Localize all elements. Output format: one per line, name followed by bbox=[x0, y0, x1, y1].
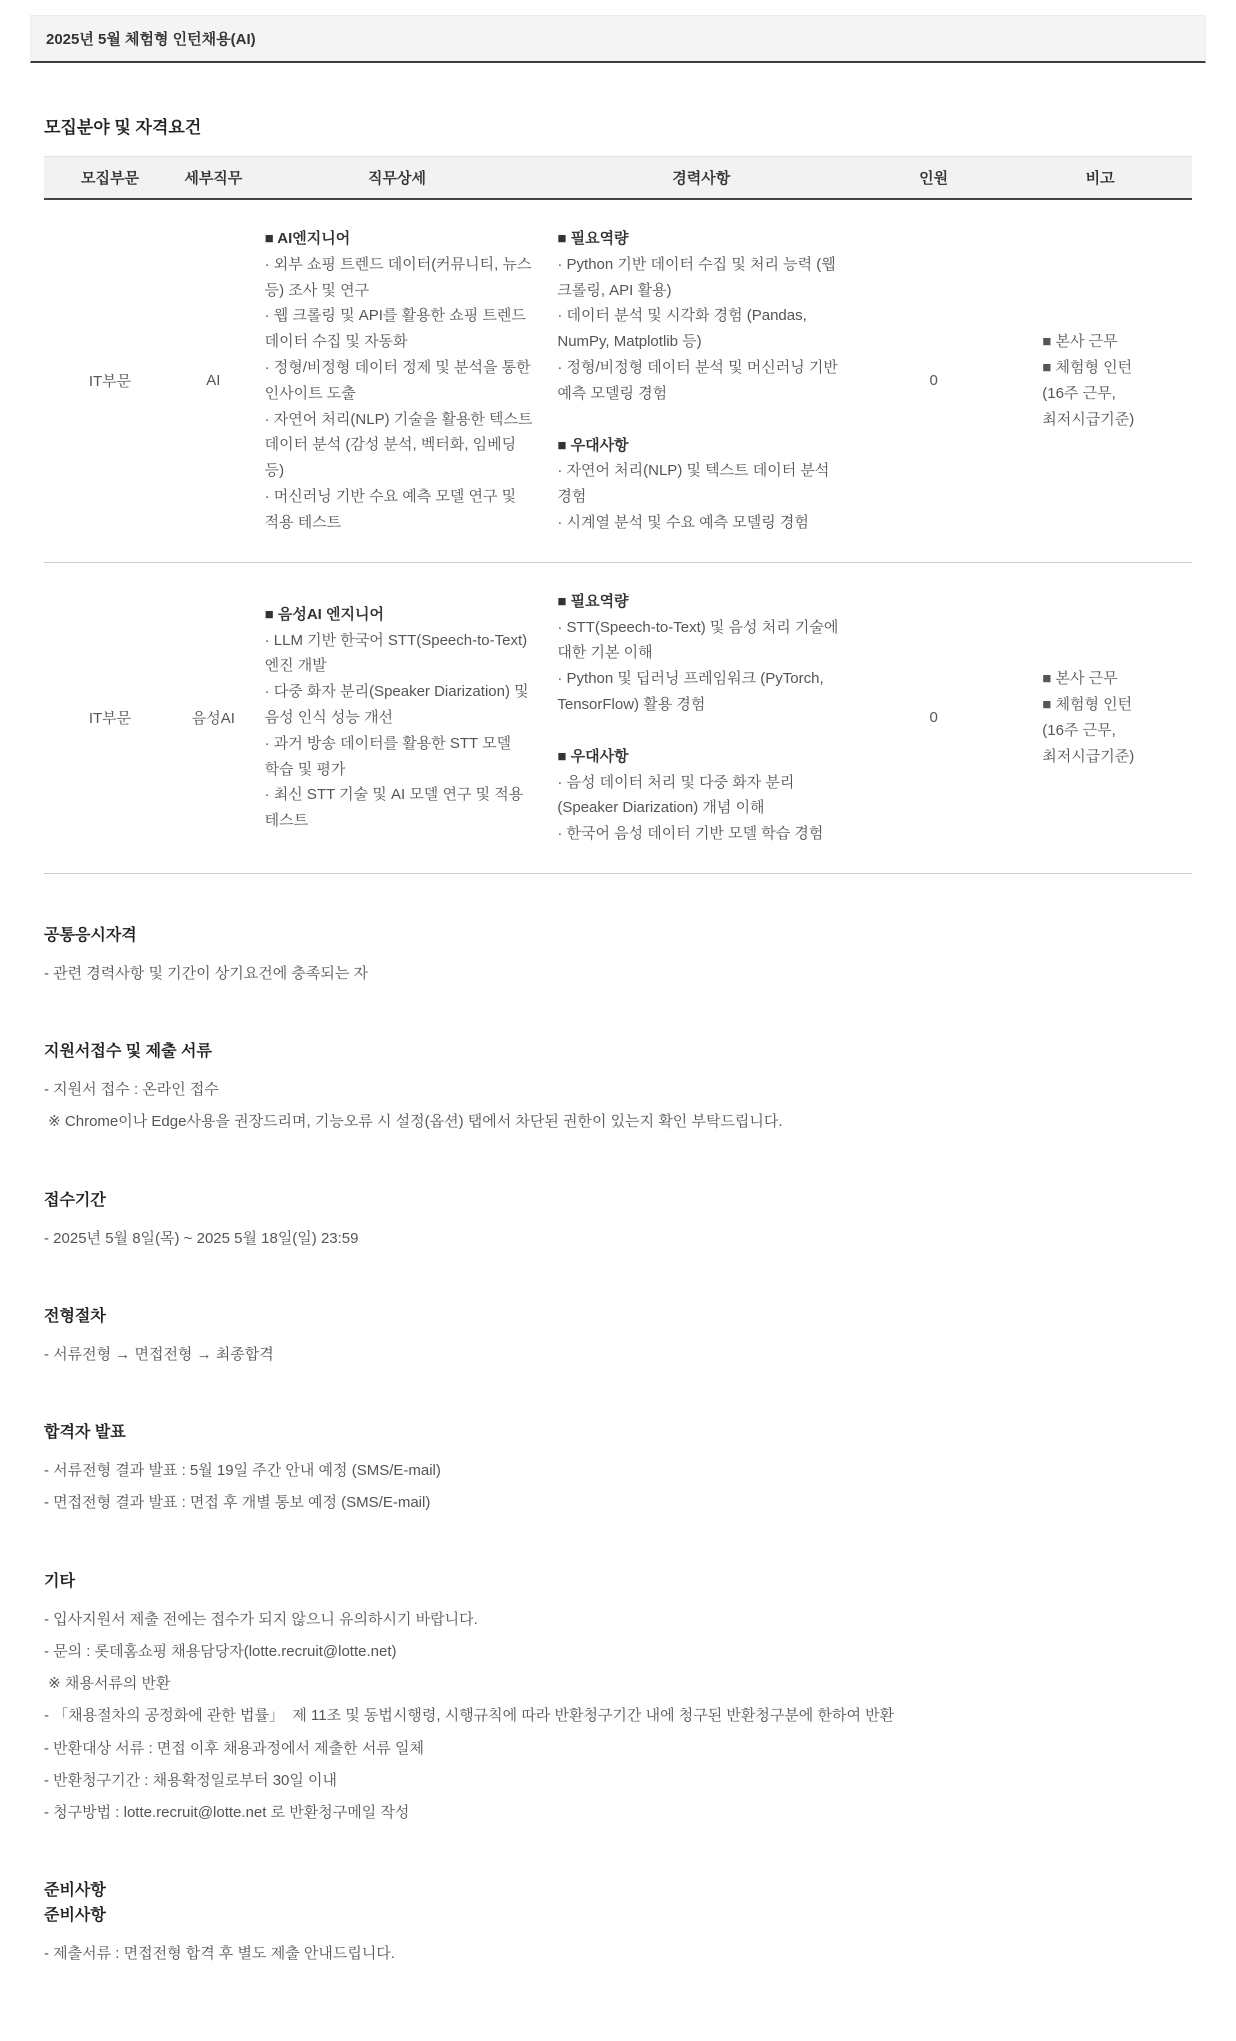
section-line: - 지원서 접수 : 온라인 접수 bbox=[44, 1074, 1192, 1106]
note-line: ■ 체험형 인턴 bbox=[1042, 355, 1192, 381]
col-header-division: 모집부문 bbox=[44, 157, 176, 198]
posting-title: 2025년 5월 체험형 인턴채용(AI) bbox=[46, 31, 256, 48]
section-selection-process: 전형절차 - 서류전형 → 면접전형 → 최종합격 bbox=[30, 1303, 1206, 1371]
note-cell: ■ 본사 근무 ■ 체험형 인턴 (16주 근무, 최저시급기준) bbox=[1008, 666, 1192, 769]
section-common-eligibility: 공통응시자격 - 관련 경력사항 및 기간이 상기요건에 충족되는 자 bbox=[30, 922, 1206, 990]
note-line: 최저시급기준) bbox=[1042, 744, 1192, 770]
col-header-career: 경력사항 bbox=[543, 157, 859, 198]
note-cell: ■ 본사 근무 ■ 체험형 인턴 (16주 근무, 최저시급기준) bbox=[1008, 329, 1192, 432]
career-line: · Python 및 딥러닝 프레임워크 (PyTorch, TensorFlo… bbox=[557, 666, 849, 718]
recruit-table-header-row: 모집부문 세부직무 직무상세 경력사항 인원 비고 bbox=[44, 157, 1192, 200]
division-cell: IT부문 bbox=[44, 707, 176, 728]
career-line: · 데이터 분석 및 시각화 경험 (Pandas, NumPy, Matplo… bbox=[557, 303, 849, 355]
career-cell: ■ 필요역량 · STT(Speech-to-Text) 및 음성 처리 기술에… bbox=[543, 589, 859, 847]
career-line: · 정형/비정형 데이터 분석 및 머신러닝 기반 예측 모델링 경험 bbox=[557, 355, 849, 407]
section-line: ※ 채용서류의 반환 bbox=[44, 1668, 1192, 1700]
detail-line: · 자연어 처리(NLP) 기술을 활용한 텍스트 데이터 분석 (감성 분석,… bbox=[265, 407, 534, 484]
detail-line: · 외부 쇼핑 트렌드 데이터(커뮤니티, 뉴스 등) 조사 및 연구 bbox=[265, 252, 534, 304]
section-line: - 입사지원서 제출 전에는 접수가 되지 않으니 유의하시기 바랍니다. bbox=[44, 1604, 1192, 1636]
career-line: · Python 기반 데이터 수집 및 처리 능력 (웹 크롤링, API 활… bbox=[557, 252, 849, 304]
section-line: - 서류전형 → 면접전형 → 최종합격 bbox=[44, 1339, 1192, 1371]
career-line: · 자연어 처리(NLP) 및 텍스트 데이터 분석 경험 bbox=[557, 458, 849, 510]
section-line: ※ Chrome이나 Edge사용을 권장드리며, 기능오류 시 설정(옵션) … bbox=[44, 1106, 1192, 1138]
job-posting-page: 2025년 5월 체험형 인턴채용(AI) 모집분야 및 자격요건 모집부문 세… bbox=[0, 0, 1236, 2041]
preferred-heading: ■ 우대사항 bbox=[557, 433, 849, 459]
note-line: ■ 본사 근무 bbox=[1042, 666, 1192, 692]
career-line: · 음성 데이터 처리 및 다중 화자 분리 (Speaker Diarizat… bbox=[557, 770, 849, 822]
section-title: 접수기간 bbox=[44, 1187, 1192, 1210]
col-header-note: 비고 bbox=[1008, 157, 1192, 198]
detail-line: · 과거 방송 데이터를 활용한 STT 모델 학습 및 평가 bbox=[265, 731, 534, 783]
detail-line: · 최신 STT 기술 및 AI 모델 연구 및 적용 테스트 bbox=[265, 782, 534, 834]
note-line: (16주 근무, bbox=[1042, 718, 1192, 744]
note-line: (16주 근무, bbox=[1042, 381, 1192, 407]
section-line: - 반환청구기간 : 채용확정일로부터 30일 이내 bbox=[44, 1765, 1192, 1797]
section-preparation: 준비사항 준비사항 - 제출서류 : 면접전형 합격 후 별도 제출 안내드립니… bbox=[30, 1877, 1206, 1970]
detail-cell: ■ AI엔지니어 · 외부 쇼핑 트렌드 데이터(커뮤니티, 뉴스 등) 조사 … bbox=[251, 226, 544, 536]
detail-heading: ■ 음성AI 엔지니어 bbox=[265, 602, 534, 628]
recruit-table: 모집부문 세부직무 직무상세 경력사항 인원 비고 IT부문 AI ■ AI엔지… bbox=[44, 156, 1192, 874]
detail-line: · 다중 화자 분리(Speaker Diarization) 및 음성 인식 … bbox=[265, 679, 534, 731]
posting-title-bar: 2025년 5월 체험형 인턴채용(AI) bbox=[30, 15, 1206, 63]
section-line: - 문의 : 롯데홈쇼핑 채용담당자(lotte.recruit@lotte.n… bbox=[44, 1636, 1192, 1668]
required-heading: ■ 필요역량 bbox=[557, 589, 849, 615]
detail-line: · 머신러닝 기반 수요 예측 모델 연구 및 적용 테스트 bbox=[265, 484, 534, 536]
note-line: ■ 본사 근무 bbox=[1042, 329, 1192, 355]
section-application-period: 접수기간 - 2025년 5월 8일(목) ~ 2025 5월 18일(일) 2… bbox=[30, 1187, 1206, 1255]
section-line: - 제출서류 : 면접전형 합격 후 별도 제출 안내드립니다. bbox=[44, 1938, 1192, 1970]
note-line: ■ 체험형 인턴 bbox=[1042, 692, 1192, 718]
col-header-headcount: 인원 bbox=[859, 157, 1008, 198]
job-cell: 음성AI bbox=[176, 707, 251, 728]
section-etc: 기타 - 입사지원서 제출 전에는 접수가 되지 않으니 유의하시기 바랍니다.… bbox=[30, 1568, 1206, 1830]
section-line: - 반환대상 서류 : 면접 이후 채용과정에서 제출한 서류 일체 bbox=[44, 1733, 1192, 1765]
section-line: - 서류전형 결과 발표 : 5월 19일 주간 안내 예정 (SMS/E-ma… bbox=[44, 1455, 1192, 1487]
section-title: 기타 bbox=[44, 1568, 1192, 1591]
detail-line: · LLM 기반 한국어 STT(Speech-to-Text) 엔진 개발 bbox=[265, 628, 534, 680]
col-header-job: 세부직무 bbox=[176, 157, 251, 198]
career-line: · 시계열 분석 및 수요 예측 모델링 경험 bbox=[557, 510, 849, 536]
table-row-voice-ai: IT부문 음성AI ■ 음성AI 엔지니어 · LLM 기반 한국어 STT(S… bbox=[44, 563, 1192, 874]
section-title: 준비사항 bbox=[44, 1877, 1192, 1900]
section-title: 전형절차 bbox=[44, 1303, 1192, 1326]
col-header-detail: 직무상세 bbox=[251, 157, 544, 198]
section-line: - 관련 경력사항 및 기간이 상기요건에 충족되는 자 bbox=[44, 958, 1192, 990]
section-title: 합격자 발표 bbox=[44, 1419, 1192, 1442]
section-line: - 면접전형 결과 발표 : 면접 후 개별 통보 예정 (SMS/E-mail… bbox=[44, 1487, 1192, 1519]
section-title: 공통응시자격 bbox=[44, 922, 1192, 945]
detail-heading: ■ AI엔지니어 bbox=[265, 226, 534, 252]
job-cell: AI bbox=[176, 372, 251, 389]
headcount-cell: 0 bbox=[859, 709, 1008, 726]
required-heading: ■ 필요역량 bbox=[557, 226, 849, 252]
note-line: 최저시급기준) bbox=[1042, 407, 1192, 433]
headcount-cell: 0 bbox=[859, 372, 1008, 389]
recruit-section-title: 모집분야 및 자격요건 bbox=[44, 113, 1192, 138]
detail-line: · 웹 크롤링 및 API를 활용한 쇼핑 트렌드 데이터 수집 및 자동화 bbox=[265, 303, 534, 355]
detail-cell: ■ 음성AI 엔지니어 · LLM 기반 한국어 STT(Speech-to-T… bbox=[251, 602, 544, 834]
career-cell: ■ 필요역량 · Python 기반 데이터 수집 및 처리 능력 (웹 크롤링… bbox=[543, 226, 859, 536]
division-cell: IT부문 bbox=[44, 370, 176, 391]
section-title: 준비사항 bbox=[44, 1902, 1192, 1925]
section-title: 지원서접수 및 제출 서류 bbox=[44, 1038, 1192, 1061]
section-line: - 청구방법 : lotte.recruit@lotte.net 로 반환청구메… bbox=[44, 1797, 1192, 1829]
career-line: · STT(Speech-to-Text) 및 음성 처리 기술에 대한 기본 … bbox=[557, 615, 849, 667]
section-line: - 「채용절차의 공정화에 관한 법률」 제 11조 및 동법시행령, 시행규칙… bbox=[44, 1700, 1192, 1732]
section-application-submission: 지원서접수 및 제출 서류 - 지원서 접수 : 온라인 접수 ※ Chrome… bbox=[30, 1038, 1206, 1139]
career-line: · 한국어 음성 데이터 기반 모델 학습 경험 bbox=[557, 821, 849, 847]
table-row-ai: IT부문 AI ■ AI엔지니어 · 외부 쇼핑 트렌드 데이터(커뮤니티, 뉴… bbox=[44, 200, 1192, 563]
section-results-announcement: 합격자 발표 - 서류전형 결과 발표 : 5월 19일 주간 안내 예정 (S… bbox=[30, 1419, 1206, 1520]
detail-line: · 정형/비정형 데이터 정제 및 분석을 통한 인사이트 도출 bbox=[265, 355, 534, 407]
section-line: - 2025년 5월 8일(목) ~ 2025 5월 18일(일) 23:59 bbox=[44, 1223, 1192, 1255]
preferred-heading: ■ 우대사항 bbox=[557, 744, 849, 770]
